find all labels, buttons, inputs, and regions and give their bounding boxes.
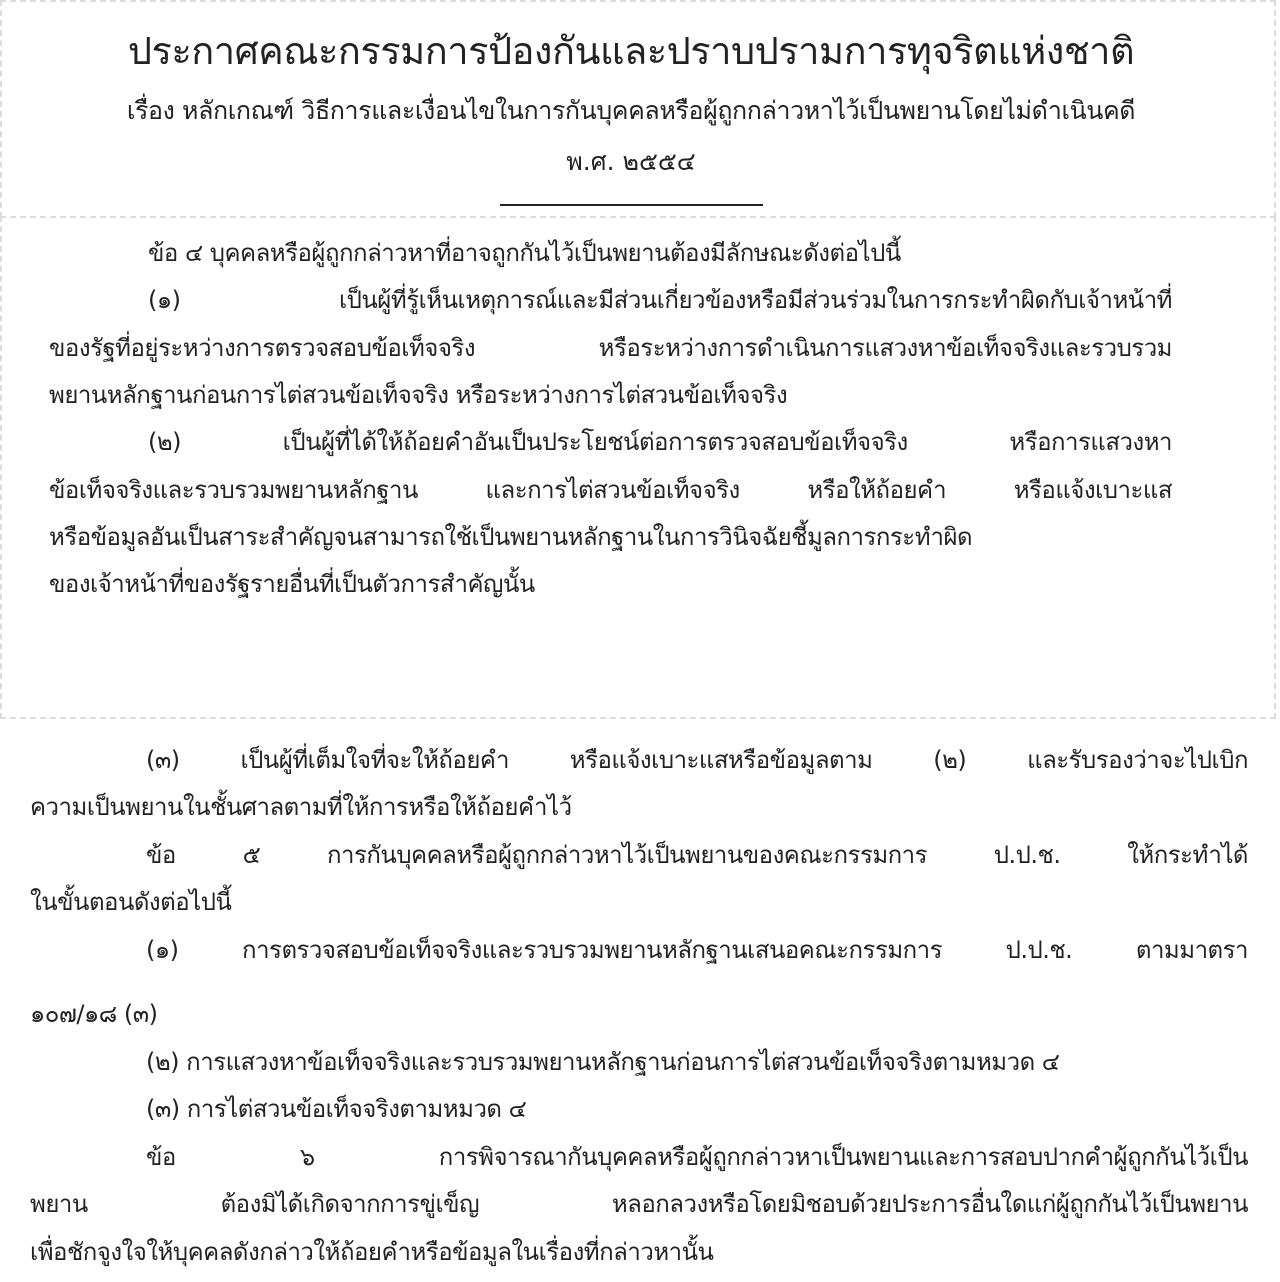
paragraph-line: เพื่อชักจูงใจให้บุคคลดังกล่าวให้ถ้อยคำหร… xyxy=(30,1235,713,1269)
paragraph-line: หรือข้อมูลอันเป็นสาระสำคัญจนสามารถใช้เป็… xyxy=(49,520,1172,554)
paragraph-line: (๒) การแสวงหาข้อเท็จจริงและรวบรวมพยานหลั… xyxy=(146,1045,1059,1079)
paragraph-line: (๑) เป็นผู้ที่รู้เห็นเหตุการณ์และมีส่วนเ… xyxy=(148,283,1172,317)
paragraph-line: (๒) เป็นผู้ที่ได้ให้ถ้อยคำอันเป็นประโยชน… xyxy=(148,425,1172,459)
paragraph-line: ๑๐๗/๑๘ (๓) xyxy=(30,997,158,1031)
title-divider xyxy=(500,204,763,206)
paragraph-line: พยานหลักฐานก่อนการไต่สวนข้อเท็จจริง หรือ… xyxy=(49,378,787,412)
paragraph-line: (๓) การไต่สวนข้อเท็จจริงตามหมวด ๔ xyxy=(146,1092,526,1126)
paragraph-line: ของเจ้าหน้าที่ของรัฐรายอื่นที่เป็นตัวการ… xyxy=(49,567,535,601)
paragraph-line: ความเป็นพยานในชั้นศาลตามที่ให้การหรือให้… xyxy=(30,790,572,824)
document-subtitle: เรื่อง หลักเกณฑ์ วิธีการและเงื่อนไขในการ… xyxy=(0,93,1262,129)
paragraph-line: ในขั้นตอนดังต่อไปนี้ xyxy=(30,885,231,919)
paragraph-line: พยาน ต้องมิได้เกิดจากการขู่เข็ญ หลอกลวงห… xyxy=(30,1187,1248,1221)
paragraph-line: (๓) เป็นผู้ที่เต็มใจที่จะให้ถ้อยคำ หรือแ… xyxy=(146,743,1248,777)
document-year: พ.ศ. ๒๕๕๔ xyxy=(0,144,1262,180)
paragraph-line: (๑) การตรวจสอบข้อเท็จจริงและรวบรวมพยานหล… xyxy=(146,933,1248,967)
paragraph-line: ข้อ ๕ การกันบุคคลหรือผู้ถูกกล่าวหาไว้เป็… xyxy=(146,838,1248,872)
paragraph-line: ข้อ ๖ การพิจารณากันบุคคลหรือผู้ถูกกล่าวห… xyxy=(146,1140,1248,1174)
paragraph-line: ข้อ ๔ บุคคลหรือผู้ถูกกล่าวหาที่อาจถูกกัน… xyxy=(148,236,901,270)
paragraph-line: ของรัฐที่อยู่ระหว่างการตรวจสอบข้อเท็จจริ… xyxy=(49,331,1172,365)
document-title: ประกาศคณะกรรมการป้องกันและปราบปรามการทุจ… xyxy=(0,26,1262,76)
paragraph-line: ข้อเท็จจริงและรวบรวมพยานหลักฐาน และการไต… xyxy=(49,473,1172,507)
